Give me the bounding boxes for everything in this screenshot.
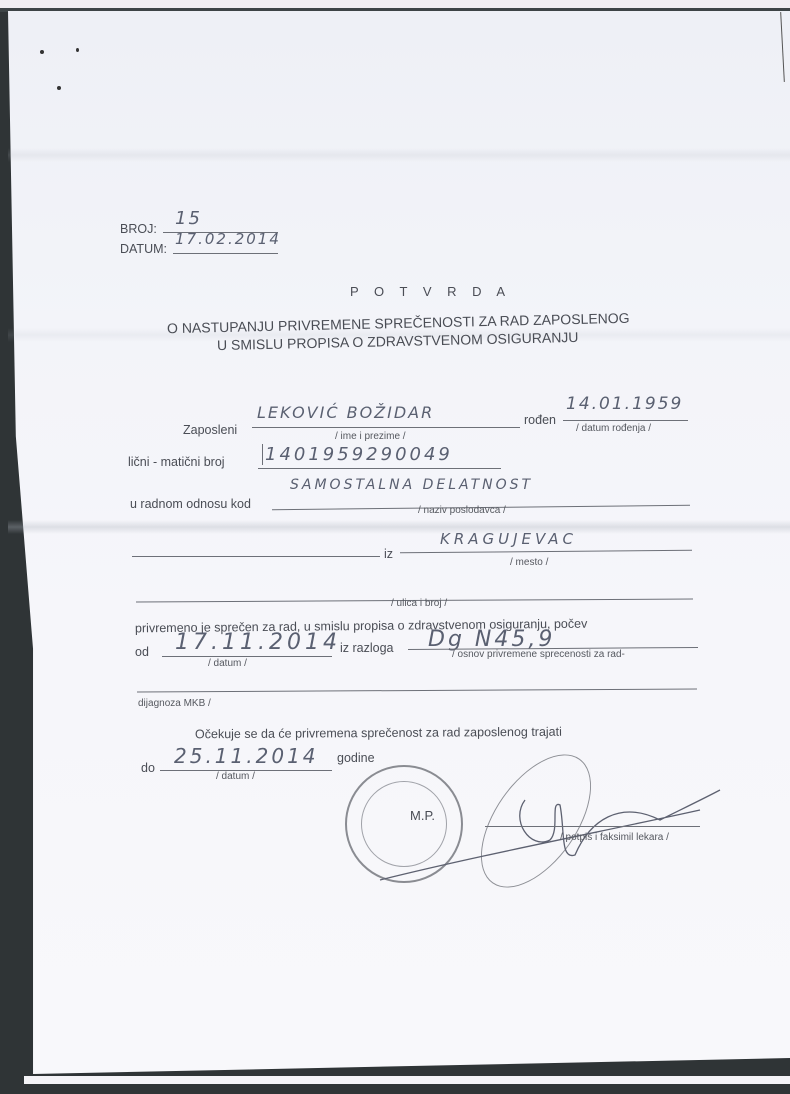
zaposleni-label: Zaposleni	[183, 423, 237, 437]
datum-line	[173, 253, 278, 254]
od-value: 17.11.2014	[175, 630, 341, 655]
iz-label: iz	[384, 547, 393, 561]
od-caption: / datum /	[208, 658, 247, 669]
razlog-caption: / osnov privremene sprecenosti za rad-	[452, 649, 625, 660]
od-label: od	[135, 645, 149, 659]
scan-top-strip	[0, 0, 790, 8]
jmbg-label: lični - matični broj	[128, 455, 225, 469]
roden-caption: / datum rođenja /	[576, 423, 651, 434]
dijagnoza-caption: dijagnoza MKB /	[138, 698, 211, 709]
zaposleni-value: LEKOVIĆ BOŽIDAR	[257, 403, 434, 422]
poslodavac-value: SAMOSTALNA DELATNOST	[290, 477, 533, 493]
document-title: P O T V R D A	[350, 284, 511, 299]
poslodavac-caption: / naziv poslodavca /	[418, 505, 506, 516]
datum-value: 17.02.2014	[175, 230, 281, 248]
broj-label: BROJ:	[120, 222, 157, 236]
punch-hole-speck	[76, 48, 79, 52]
paper-fold	[8, 148, 790, 162]
mesto-caption: / mesto /	[510, 557, 548, 568]
zaposleni-line	[252, 427, 520, 428]
jmbg-line	[258, 468, 501, 469]
datum-label: DATUM:	[120, 242, 167, 256]
ocekuje-text: Očekuje se da će privremena sprečenost z…	[195, 725, 562, 742]
broj-value: 15	[175, 208, 202, 229]
mesto-prefix-line	[132, 556, 380, 557]
zaposleni-caption: / ime i prezime /	[335, 431, 406, 442]
od-line	[162, 656, 332, 657]
punch-hole-speck	[57, 86, 61, 90]
signature-line	[485, 826, 700, 827]
jmbg-value: 1401959290049	[262, 444, 453, 465]
paper-sheet	[8, 11, 790, 1074]
punch-hole-speck	[40, 50, 44, 54]
doctor-signature	[360, 760, 730, 900]
do-value: 25.11.2014	[174, 744, 319, 768]
roden-label: rođen	[524, 413, 556, 427]
signature-caption: / potpis i faksimil lekara /	[560, 832, 669, 843]
scan-bottom-band	[24, 1076, 790, 1084]
mesto-value: KRAGUJEVAC	[440, 530, 577, 548]
ulica-caption: / ulica i broj /	[391, 598, 447, 609]
do-caption: / datum /	[216, 771, 255, 782]
razlog-label: iz razloga	[340, 641, 394, 655]
paper-fold	[8, 520, 790, 534]
roden-line	[563, 420, 688, 421]
roden-value: 14.01.1959	[566, 394, 683, 414]
poslodavac-label: u radnom odnosu kod	[130, 497, 251, 511]
do-label: do	[141, 761, 155, 775]
